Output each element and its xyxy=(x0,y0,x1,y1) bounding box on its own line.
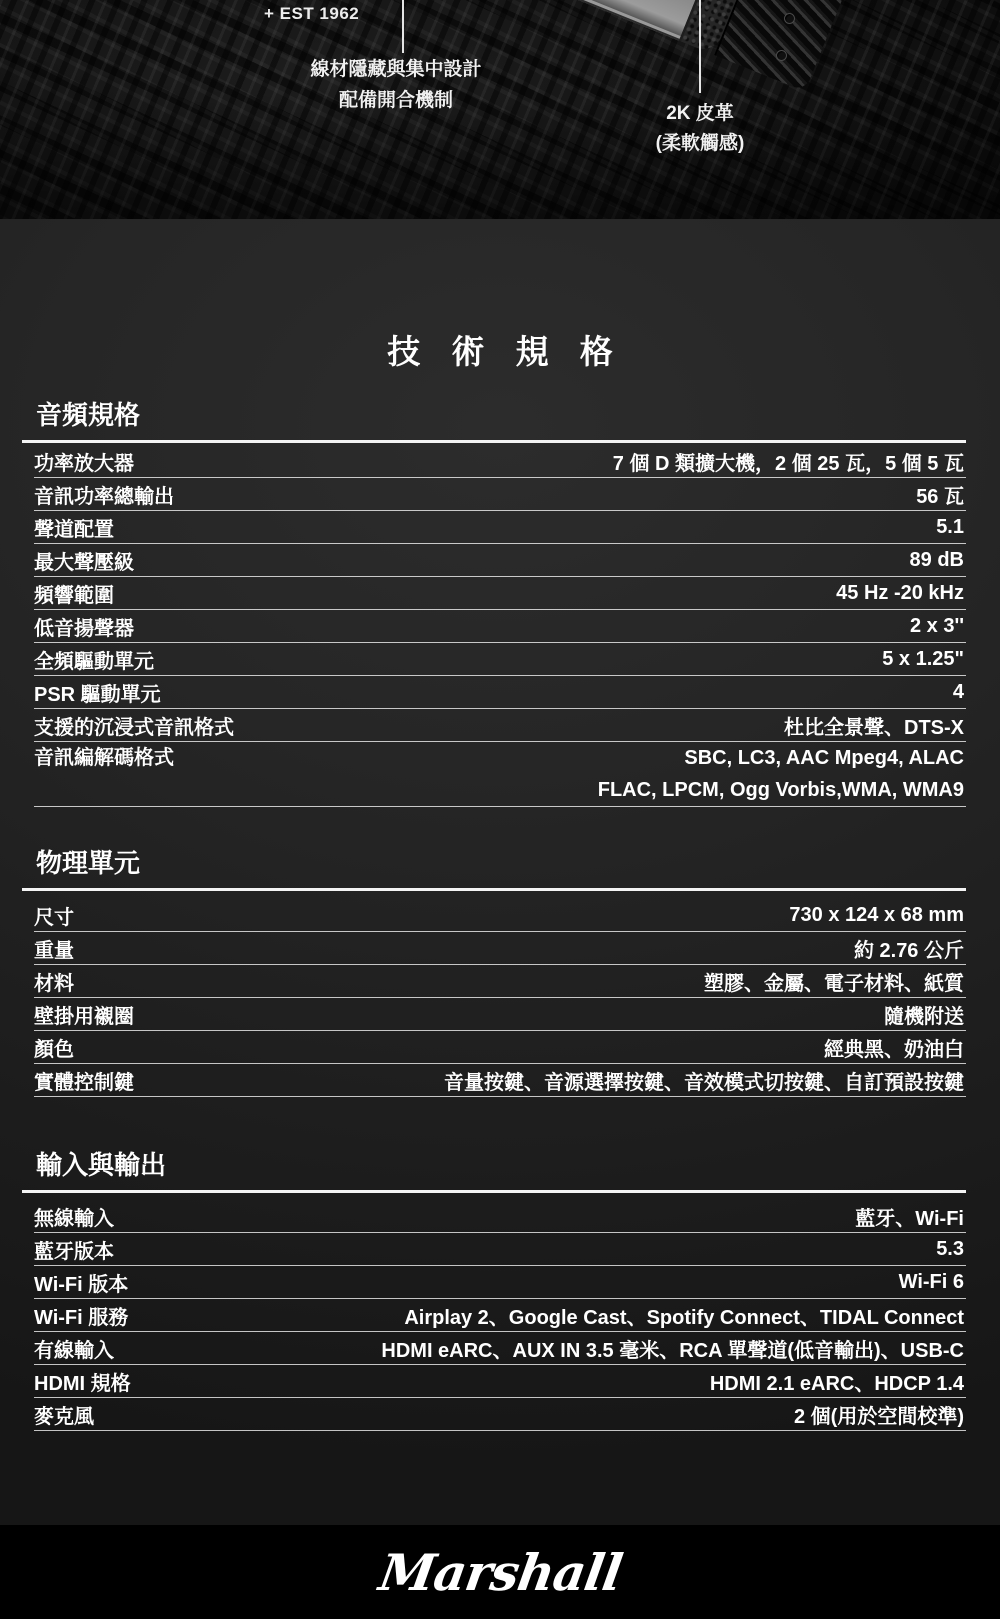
spec-label: HDMI 規格 xyxy=(34,1367,131,1396)
spec-label: 全頻驅動單元 xyxy=(34,645,154,674)
spec-label: 支援的沉浸式音訊格式 xyxy=(34,711,234,740)
spec-value: 藍牙、Wi-Fi xyxy=(855,1202,964,1231)
spec-value: 5.3 xyxy=(936,1238,964,1261)
callout-text: (柔軟觸感) xyxy=(600,129,800,159)
section-title: 音頻規格 xyxy=(36,402,966,428)
spec-row: 音訊功率總輸出56 瓦 xyxy=(34,478,966,511)
callout-2k-leather: 2K 皮革 (柔軟觸感) xyxy=(600,99,800,159)
spec-table: 無線輸入藍牙、Wi-Fi 藍牙版本5.3 Wi-Fi 版本Wi-Fi 6 Wi-… xyxy=(34,1193,966,1431)
spec-row: HDMI 規格HDMI 2.1 eARC、HDCP 1.4 xyxy=(34,1365,966,1398)
callout-text: 配備開合機制 xyxy=(270,85,522,116)
est-1962-label: + EST 1962 xyxy=(264,4,359,24)
spec-row: 藍牙版本5.3 xyxy=(34,1233,966,1266)
callout-text: 線材隱藏與集中設計 xyxy=(270,54,522,85)
spec-label: 重量 xyxy=(34,934,74,963)
spec-label: 顏色 xyxy=(34,1033,74,1062)
spec-label: 壁掛用襯圈 xyxy=(34,1000,134,1029)
spec-row: 聲道配置5.1 xyxy=(34,511,966,544)
spec-value: 56 瓦 xyxy=(916,480,964,509)
spec-value: 7 個 D 類擴大機，2 個 25 瓦，5 個 5 瓦 xyxy=(613,447,964,476)
spec-value: 2 個(用於空間校準) xyxy=(794,1400,964,1429)
spec-label: PSR 驅動單元 xyxy=(34,678,161,707)
spec-value: Wi-Fi 6 xyxy=(899,1271,964,1294)
spec-label: Wi-Fi 版本 xyxy=(34,1268,128,1297)
spec-label: 聲道配置 xyxy=(34,513,114,542)
spec-label: 功率放大器 xyxy=(34,447,134,476)
footer: Marshall xyxy=(0,1525,1000,1619)
spec-value: 5.1 xyxy=(936,516,964,539)
spec-label: 無線輸入 xyxy=(34,1202,114,1231)
spec-row: 功率放大器7 個 D 類擴大機，2 個 25 瓦，5 個 5 瓦 xyxy=(34,445,966,478)
spec-row: 頻響範圍45 Hz -20 kHz xyxy=(34,577,966,610)
spec-label: 藍牙版本 xyxy=(34,1235,114,1264)
spec-label: 最大聲壓級 xyxy=(34,546,134,575)
spec-row: 最大聲壓級89 dB xyxy=(34,544,966,577)
spec-row: Wi-Fi 版本Wi-Fi 6 xyxy=(34,1266,966,1299)
spec-label: 頻響範圍 xyxy=(34,579,114,608)
spec-value: 730 x 124 x 68 mm xyxy=(789,904,964,927)
spec-value: 經典黑、奶油白 xyxy=(824,1033,964,1062)
spec-value: 2 x 3'' xyxy=(910,615,964,638)
callout-line xyxy=(402,0,404,53)
screw-detail xyxy=(784,13,795,24)
spec-row: Wi-Fi 服務Airplay 2、Google Cast、Spotify Co… xyxy=(34,1299,966,1332)
spec-value: Airplay 2、Google Cast、Spotify Connect、TI… xyxy=(404,1301,964,1330)
spec-value: HDMI 2.1 eARC、HDCP 1.4 xyxy=(710,1367,964,1396)
spec-row: 壁掛用襯圈隨機附送 xyxy=(34,998,966,1031)
spec-row: 有線輸入HDMI eARC、AUX IN 3.5 毫米、RCA 單聲道(低音輸出… xyxy=(34,1332,966,1365)
spec-label: 麥克風 xyxy=(34,1400,94,1429)
section-inputs-outputs: 輸入與輸出 無線輸入藍牙、Wi-Fi 藍牙版本5.3 Wi-Fi 版本Wi-Fi… xyxy=(22,1152,966,1431)
spec-value: 89 dB xyxy=(910,549,964,572)
spec-value: 隨機附送 xyxy=(884,1000,964,1029)
callout-text: 2K 皮革 xyxy=(600,99,800,129)
marshall-logo: Marshall xyxy=(375,1543,625,1602)
spec-value: 音量按鍵、音源選擇按鍵、音效模式切按鍵、自訂預設按鍵 xyxy=(444,1066,964,1095)
spec-label: 音訊編解碼格式 xyxy=(34,742,174,774)
callout-line xyxy=(699,0,701,93)
spec-row: 重量約 2.76 公斤 xyxy=(34,932,966,965)
spec-value: HDMI eARC、AUX IN 3.5 毫米、RCA 單聲道(低音輸出)、US… xyxy=(381,1334,964,1363)
spec-value: SBC, LC3, AAC Mpeg4, ALAC FLAC, LPCM, Og… xyxy=(598,742,964,806)
spec-label: 尺寸 xyxy=(34,901,74,930)
spec-row: 無線輸入藍牙、Wi-Fi xyxy=(34,1200,966,1233)
spec-value: 5 x 1.25" xyxy=(882,648,964,671)
section-title: 輸入與輸出 xyxy=(36,1152,966,1178)
spec-label: 低音揚聲器 xyxy=(34,612,134,641)
spec-value-line: FLAC, LPCM, Ogg Vorbis,WMA, WMA9 xyxy=(598,774,964,806)
hero-banner: + EST 1962 線材隱藏與集中設計 配備開合機制 2K 皮革 (柔軟觸感) xyxy=(0,0,1000,219)
section-physical: 物理單元 尺寸730 x 124 x 68 mm 重量約 2.76 公斤 材料塑… xyxy=(22,850,966,1097)
spec-row: 支援的沉浸式音訊格式杜比全景聲、DTS-X xyxy=(34,709,966,742)
section-audio-specs: 音頻規格 功率放大器7 個 D 類擴大機，2 個 25 瓦，5 個 5 瓦 音訊… xyxy=(22,402,966,807)
spec-row: PSR 驅動單元4 xyxy=(34,676,966,709)
screw-detail xyxy=(776,50,787,61)
spec-value: 4 xyxy=(953,681,964,704)
spec-row: 音訊編解碼格式 SBC, LC3, AAC Mpeg4, ALAC FLAC, … xyxy=(34,742,966,807)
callout-cable-management: 線材隱藏與集中設計 配備開合機制 xyxy=(270,54,522,116)
spec-label: 材料 xyxy=(34,967,74,996)
spec-table: 尺寸730 x 124 x 68 mm 重量約 2.76 公斤 材料塑膠、金屬、… xyxy=(34,891,966,1097)
spec-label: 音訊功率總輸出 xyxy=(34,480,174,509)
spec-table: 功率放大器7 個 D 類擴大機，2 個 25 瓦，5 個 5 瓦 音訊功率總輸出… xyxy=(34,443,966,807)
section-title: 物理單元 xyxy=(36,850,966,876)
spec-value: 塑膠、金屬、電子材料、紙質 xyxy=(704,967,964,996)
spec-row: 低音揚聲器2 x 3'' xyxy=(34,610,966,643)
spec-value: 約 2.76 公斤 xyxy=(854,934,964,963)
spec-label: 有線輸入 xyxy=(34,1334,114,1363)
spec-label: Wi-Fi 服務 xyxy=(34,1301,128,1330)
spec-value: 45 Hz -20 kHz xyxy=(836,582,964,605)
spec-row: 材料塑膠、金屬、電子材料、紙質 xyxy=(34,965,966,998)
spec-value-line: SBC, LC3, AAC Mpeg4, ALAC xyxy=(598,742,964,774)
spec-row: 實體控制鍵音量按鍵、音源選擇按鍵、音效模式切按鍵、自訂預設按鍵 xyxy=(34,1064,966,1097)
spec-row: 尺寸730 x 124 x 68 mm xyxy=(34,899,966,932)
spec-label: 實體控制鍵 xyxy=(34,1066,134,1095)
spec-value: 杜比全景聲、DTS-X xyxy=(784,711,964,740)
page-title: 技 術 規 格 xyxy=(0,326,1000,373)
spec-row: 全頻驅動單元5 x 1.25" xyxy=(34,643,966,676)
spec-row: 顏色經典黑、奶油白 xyxy=(34,1031,966,1064)
spec-row: 麥克風2 個(用於空間校準) xyxy=(34,1398,966,1431)
spec-sheet-page: + EST 1962 線材隱藏與集中設計 配備開合機制 2K 皮革 (柔軟觸感)… xyxy=(0,0,1000,1619)
